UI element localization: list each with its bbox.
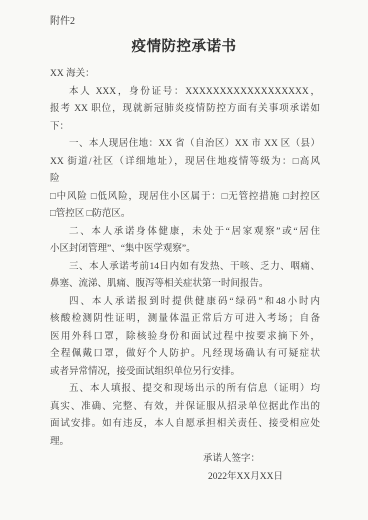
item5-line-4: 理。 [50, 434, 320, 452]
item2-line-1: 二、本人承诺身体健康，未处于“居家观察”或“居住 [50, 224, 320, 242]
intro-line-1: 本人 XXX，身份证号：XXXXXXXXXXXXXXXXXX， [50, 84, 320, 102]
item1-checkbox-line-1: □中风险 □低风险，现居住小区属于：□无管控措施 □封控区 [50, 189, 320, 207]
item4-line-1: 四、本人承诺报到时提供健康码“绿码”和48小时内 [50, 294, 320, 312]
item5-line-1: 五、本人填报、提交和现场出示的所有信息（证明）均 [50, 381, 320, 399]
item2-line-2: 小区封闭管理”、“集中医学观察”。 [50, 241, 320, 259]
intro-line-3: 下： [50, 119, 320, 137]
item1-line-3: 险 [50, 171, 320, 189]
item1-line-2: XX 街道/社区（详细地址），现居住地疫情等级为：□高风 [50, 154, 320, 172]
date-line: 2022年XX月XX日 [208, 469, 320, 487]
document-title: 疫情防控承诺书 [0, 37, 368, 57]
document-page: 附件2 疫情防控承诺书 XX 海关： 本人 XXX，身份证号：XXXXXXXXX… [0, 0, 368, 520]
item3-line-2: 鼻塞、流涕、肌痛、腹泻等相关症状第一时间报告。 [50, 276, 320, 294]
intro-line-2: 报考 XX 职位，现就新冠肺炎疫情防控方面有关事项承诺如 [50, 101, 320, 119]
document-body: XX 海关： 本人 XXX，身份证号：XXXXXXXXXXXXXXXXXX， 报… [50, 66, 320, 486]
item4-line-3: 医用外科口罩，除核验身份和面试过程中按要求摘下外， [50, 329, 320, 347]
item3-line-1: 三、本人承诺考前14日内如有发热、干咳、乏力、咽痛、 [50, 259, 320, 277]
signature-label: 承诺人签字： [203, 451, 320, 469]
item1-line-1: 一、本人现居住地：XX 省（自治区）XX 市 XX 区（县） [50, 136, 320, 154]
item1-checkbox-line-2: □管控区 □防范区。 [50, 206, 320, 224]
item5-line-2: 真实、准确、完整、有效，并保证服从招录单位据此作出的 [50, 399, 320, 417]
attachment-label: 附件2 [50, 15, 75, 29]
item5-line-3: 面试安排。如有违反，本人自愿承担相关责任、接受相应处 [50, 416, 320, 434]
item4-line-5: 或者异常情况，接受面试组织单位另行安排。 [50, 364, 320, 382]
item4-line-4: 全程佩戴口罩，做好个人防护。凡经现场确认有可疑症状 [50, 346, 320, 364]
salutation-line: XX 海关： [50, 66, 320, 84]
item4-line-2: 核酸检测阴性证明，测量体温正常后方可进入考场；自备 [50, 311, 320, 329]
